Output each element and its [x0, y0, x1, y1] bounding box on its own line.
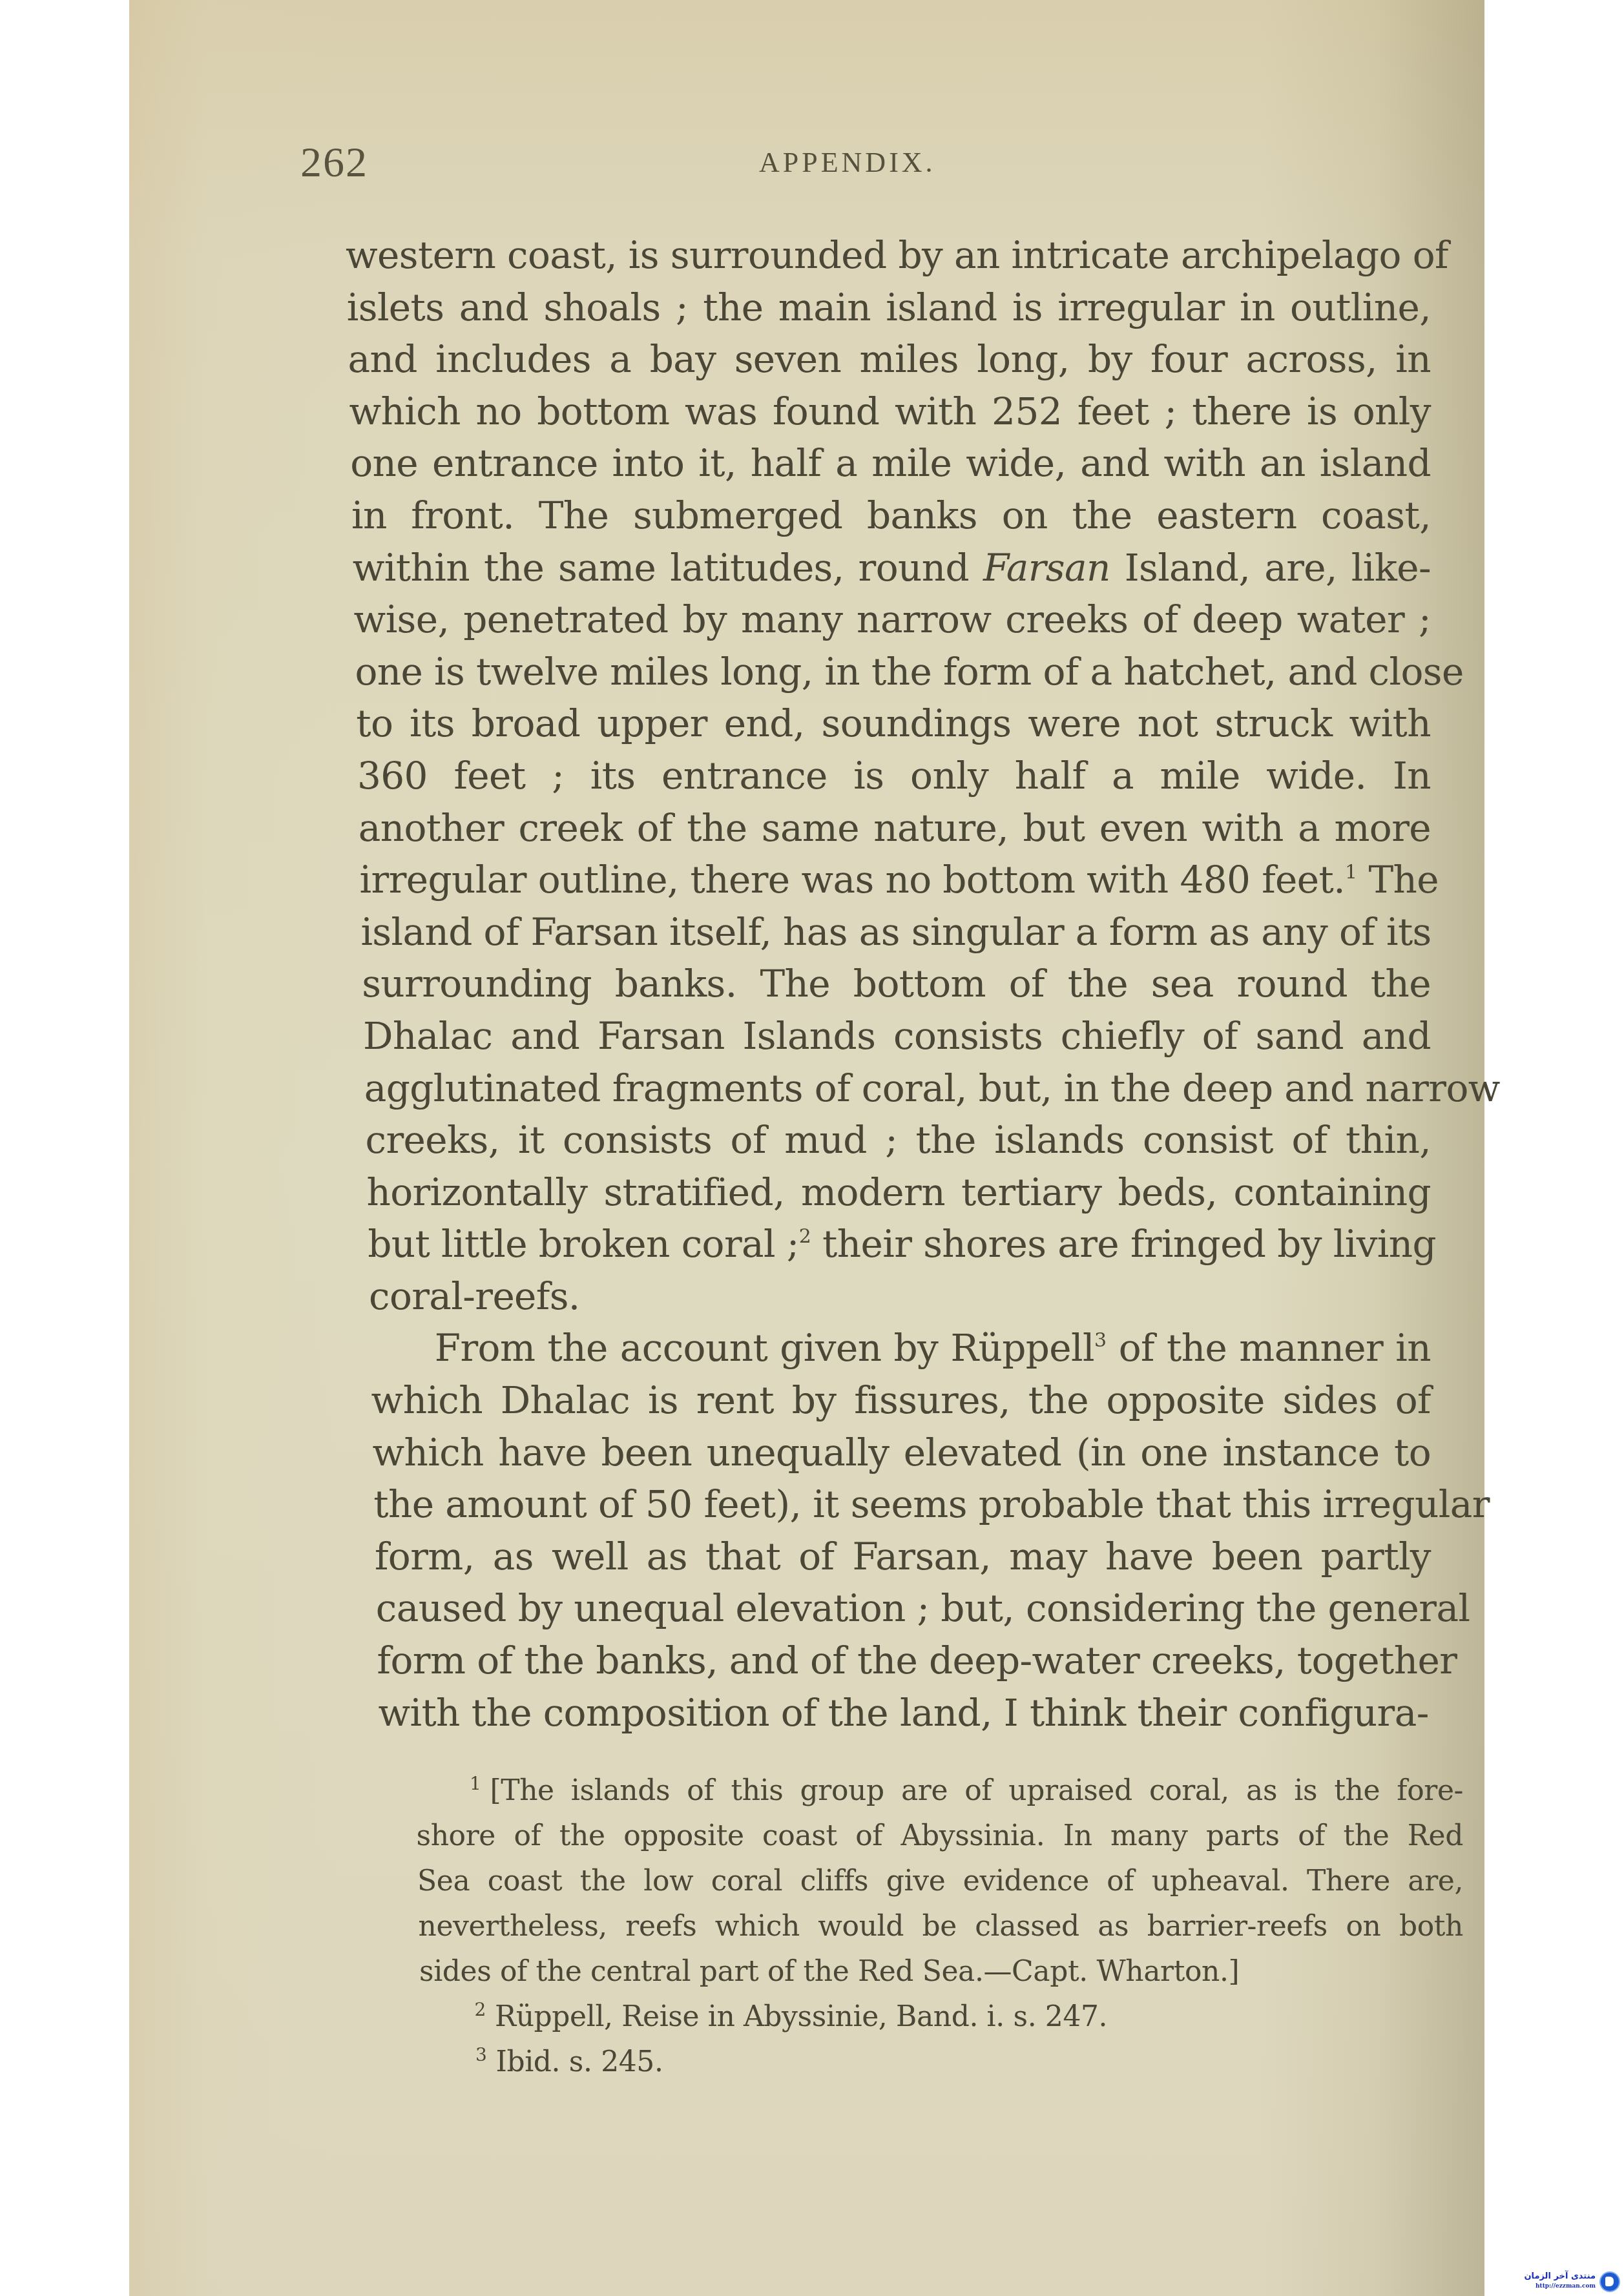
body-line: creeks, it consists of mud ; the islands…	[366, 1114, 1431, 1166]
body-line: islets and shoals ; the main island is i…	[347, 282, 1431, 334]
body-line: which Dhalac is rent by fissures, the op…	[371, 1374, 1431, 1427]
footnote-line: 1[The islands of this group are of uprai…	[415, 1768, 1463, 1814]
footnote-reference[interactable]: 3	[1094, 1329, 1107, 1352]
footnote-line: nevertheless, reefs which would be class…	[419, 1904, 1464, 1949]
footnote-mark: 3	[475, 2044, 486, 2065]
body-line: From the account given by Rüppell3 of th…	[370, 1322, 1431, 1374]
footnote-mark: 2	[475, 1999, 486, 2020]
body-line: agglutinated fragments of coral, but, in…	[364, 1062, 1431, 1115]
body-line: which no bottom was found with 252 feet …	[349, 386, 1431, 438]
page-number: 262	[300, 138, 368, 187]
footnote-reference[interactable]: 1	[1345, 861, 1357, 884]
watermark-title: منتدى آخر الزمان	[1525, 2271, 1596, 2281]
footnote-reference[interactable]: 2	[799, 1225, 811, 1248]
body-line: in front. The submerged banks on the eas…	[351, 490, 1431, 542]
footnote-line: sides of the central part of the Red Sea…	[419, 1949, 1463, 1994]
body-line: form of the banks, and of the deep-water…	[377, 1635, 1431, 1687]
body-line: to its broad upper end, soundings were n…	[356, 698, 1431, 750]
footnotes: 1[The islands of this group are of uprai…	[383, 1768, 1463, 2085]
forum-logo-icon	[1601, 2273, 1619, 2291]
italic-place-name: Farsan	[983, 546, 1110, 590]
body-line: coral-reefs.	[369, 1270, 1431, 1323]
body-line: with the composition of the land, I thin…	[378, 1687, 1431, 1739]
body-line: form, as well as that of Farsan, may hav…	[375, 1531, 1431, 1583]
watermark-url[interactable]: http://ezzman.com	[1536, 2283, 1596, 2290]
body-line: and includes a bay seven miles long, by …	[348, 333, 1431, 386]
body-line: caused by unequal elevation ; but, consi…	[376, 1582, 1431, 1635]
footnote-line: Sea coast the low coral cliffs give evid…	[417, 1859, 1463, 1904]
scanned-book-page: 262 APPENDIX. western coast, is surround…	[129, 0, 1484, 2296]
body-line: wise, penetrated by many narrow creeks o…	[354, 594, 1431, 646]
footnote-line: 3Ibid. s. 245.	[421, 2040, 1463, 2085]
running-title: APPENDIX.	[759, 146, 936, 179]
body-line: but little broken coral ;2 their shores …	[368, 1218, 1431, 1270]
running-head: 262 APPENDIX.	[129, 129, 1484, 187]
footnote-line: 2Rüppell, Reise in Abyssinie, Band. i. s…	[421, 1994, 1464, 2040]
body-line: one is twelve miles long, in the form of…	[355, 646, 1431, 698]
footnote-line: shore of the opposite coast of Abyssinia…	[417, 1814, 1464, 1859]
body-text: western coast, is surrounded by an intri…	[346, 229, 1431, 1739]
body-line: island of Farsan itself, has as singular…	[360, 906, 1431, 958]
footnote-mark: 1	[470, 1773, 481, 1794]
body-line: surrounding banks. The bottom of the sea…	[362, 958, 1431, 1010]
body-line: 360 feet ; its entrance is only half a m…	[357, 750, 1431, 802]
body-line: another creek of the same nature, but ev…	[359, 802, 1431, 854]
site-watermark[interactable]: منتدى آخر الزمان http://ezzman.com	[1505, 2264, 1624, 2296]
body-line: Dhalac and Farsan Islands consists chief…	[363, 1010, 1431, 1062]
body-line: horizontally stratified, modern tertiary…	[366, 1166, 1431, 1219]
body-line: within the same latitudes, round Farsan …	[353, 542, 1431, 594]
body-line: the amount of 50 feet), it seems probabl…	[373, 1478, 1431, 1531]
body-line: western coast, is surrounded by an intri…	[346, 229, 1431, 282]
body-line: which have been unequally elevated (in o…	[372, 1427, 1431, 1479]
body-line: irregular outline, there was no bottom w…	[360, 854, 1431, 906]
body-line: one entrance into it, half a mile wide, …	[350, 437, 1431, 490]
